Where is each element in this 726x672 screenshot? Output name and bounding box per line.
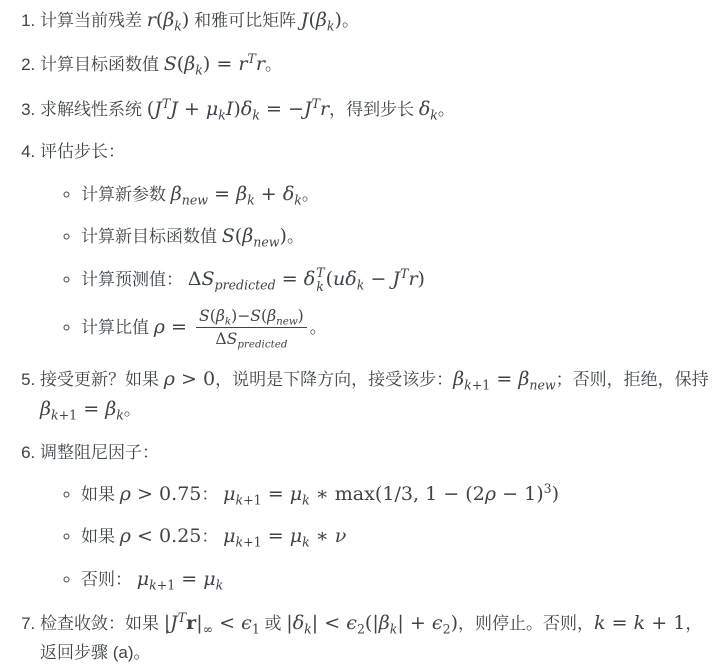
text-run: 评估步长： (40, 142, 125, 161)
text-run: ；否则，拒绝，保持 (556, 370, 709, 389)
text-run: 计算新目标函数值 (81, 227, 222, 246)
step-4-substep-3: 计算预测值： ΔSpredicted = δTk(uδk − JTr) (81, 264, 718, 294)
step-6-substep-1: 如果 ρ > 0.75： μk+1 = μk ∗ max(1/3, 1 − (2… (81, 479, 718, 509)
fraction-numerator: S(βk)−S(βnew) (196, 306, 307, 328)
inline-math: δk (419, 98, 438, 120)
text-run: 。 (310, 318, 327, 337)
inline-math: ρ < 0.25 (120, 525, 202, 547)
inline-math: μk+1 = μk ∗ max(1/3, 1 − (2ρ − 1)3) (223, 483, 559, 505)
inline-math: βnew = βk + δk (171, 183, 302, 205)
step-5: 接受更新？如果 ρ > 0，说明是下降方向，接受该步：βk+1 = βnew；否… (40, 364, 718, 425)
text-run: 。 (124, 400, 141, 419)
inline-math: μk+1 = μk ∗ ν (223, 525, 346, 547)
text-run: 。 (342, 11, 359, 30)
text-run: 计算当前残差 (40, 11, 147, 30)
text-run: ： (201, 527, 223, 546)
stacked-supsub: Tk (316, 266, 324, 292)
inline-math: |δk| < ϵ2(|βk| + ϵ2) (286, 612, 458, 634)
step-2: 计算目标函数值 S(βk) = rTr。 (40, 49, 718, 79)
text-run: 计算新参数 (81, 185, 171, 204)
inline-math: βk+1 = βnew (453, 368, 556, 390)
text-run: 和雅可比矩阵 (189, 11, 300, 30)
step-1: 计算当前残差 r(βk) 和雅可比矩阵 J(βk)。 (40, 5, 718, 35)
text-run: 检查收敛：如果 (40, 614, 164, 633)
inline-math: ρ > 0.75 (120, 483, 202, 505)
inline-math: r(βk) (147, 9, 190, 31)
text-run: 如果 (81, 485, 120, 504)
fraction-denominator: ΔSpredicted (196, 328, 307, 349)
inline-math: ρ > 0 (164, 368, 215, 390)
text-run: 或 (260, 614, 286, 633)
text-run: 。 (265, 55, 282, 74)
text-run: 接受更新？如果 (40, 370, 164, 389)
text-run: 。 (438, 100, 455, 119)
inline-math: k = k + 1 (594, 612, 685, 634)
inline-math: (JTJ + μkI)δk = −JTr (147, 98, 329, 120)
text-run: ，则停止。否则， (458, 614, 594, 633)
step-6-substep-2: 如果 ρ < 0.25： μk+1 = μk ∗ ν (81, 521, 718, 551)
document-page: 计算当前残差 r(βk) 和雅可比矩阵 J(βk)。计算目标函数值 S(βk) … (0, 0, 726, 672)
text-run: ，说明是下降方向，接受该步： (215, 370, 453, 389)
step-3: 求解线性系统 (JTJ + μkI)δk = −JTr，得到步长 δk。 (40, 94, 718, 124)
text-run: 计算比值 (81, 318, 154, 337)
step-4-substep-1: 计算新参数 βnew = βk + δk。 (81, 179, 718, 209)
text-run: 。 (287, 227, 304, 246)
inline-math: S(βnew) (222, 225, 287, 247)
step-4-substeps: 计算新参数 βnew = βk + δk。计算新目标函数值 S(βnew)。计算… (40, 179, 718, 350)
inline-math: |JTr|∞ < ϵ1 (164, 612, 260, 634)
inline-math: ρ = (154, 316, 193, 338)
step-7: 检查收敛：如果 |JTr|∞ < ϵ1 或 |δk| < ϵ2(|βk| + ϵ… (40, 608, 718, 666)
text-run: ： (201, 485, 223, 504)
text-run: 如果 (81, 527, 120, 546)
text-run: 计算预测值： (81, 270, 188, 289)
text-run: 求解线性系统 (40, 100, 147, 119)
text-run: ，得到步长 (329, 100, 419, 119)
step-4-substep-4: 计算比值 ρ = S(βk)−S(βnew)ΔSpredicted。 (81, 306, 718, 350)
fraction: S(βk)−S(βnew)ΔSpredicted (196, 306, 307, 350)
text-run: 调整阻尼因子： (40, 443, 159, 462)
inline-math: βk+1 = βk (40, 398, 124, 420)
text-run: 。 (302, 185, 319, 204)
inline-math: S(βk) = rTr (164, 53, 265, 75)
inline-math: J(βk) (301, 9, 342, 31)
text-run: 计算目标函数值 (40, 55, 164, 74)
step-4: 评估步长：计算新参数 βnew = βk + δk。计算新目标函数值 S(βne… (40, 138, 718, 349)
algorithm-steps: 计算当前残差 r(βk) 和雅可比矩阵 J(βk)。计算目标函数值 S(βk) … (8, 5, 718, 666)
step-4-substep-2: 计算新目标函数值 S(βnew)。 (81, 221, 718, 251)
step-6: 调整阻尼因子：如果 ρ > 0.75： μk+1 = μk ∗ max(1/3,… (40, 439, 718, 595)
inline-math: μk+1 = μk (137, 568, 224, 590)
text-run: 否则： (81, 570, 137, 589)
inline-math-fraction: S(βk)−S(βnew)ΔSpredicted (193, 316, 310, 338)
inline-math: ΔSpredicted = δTk(uδk − JTr) (188, 268, 425, 290)
step-6-substep-3: 否则： μk+1 = μk (81, 564, 718, 594)
step-6-substeps: 如果 ρ > 0.75： μk+1 = μk ∗ max(1/3, 1 − (2… (40, 479, 718, 594)
